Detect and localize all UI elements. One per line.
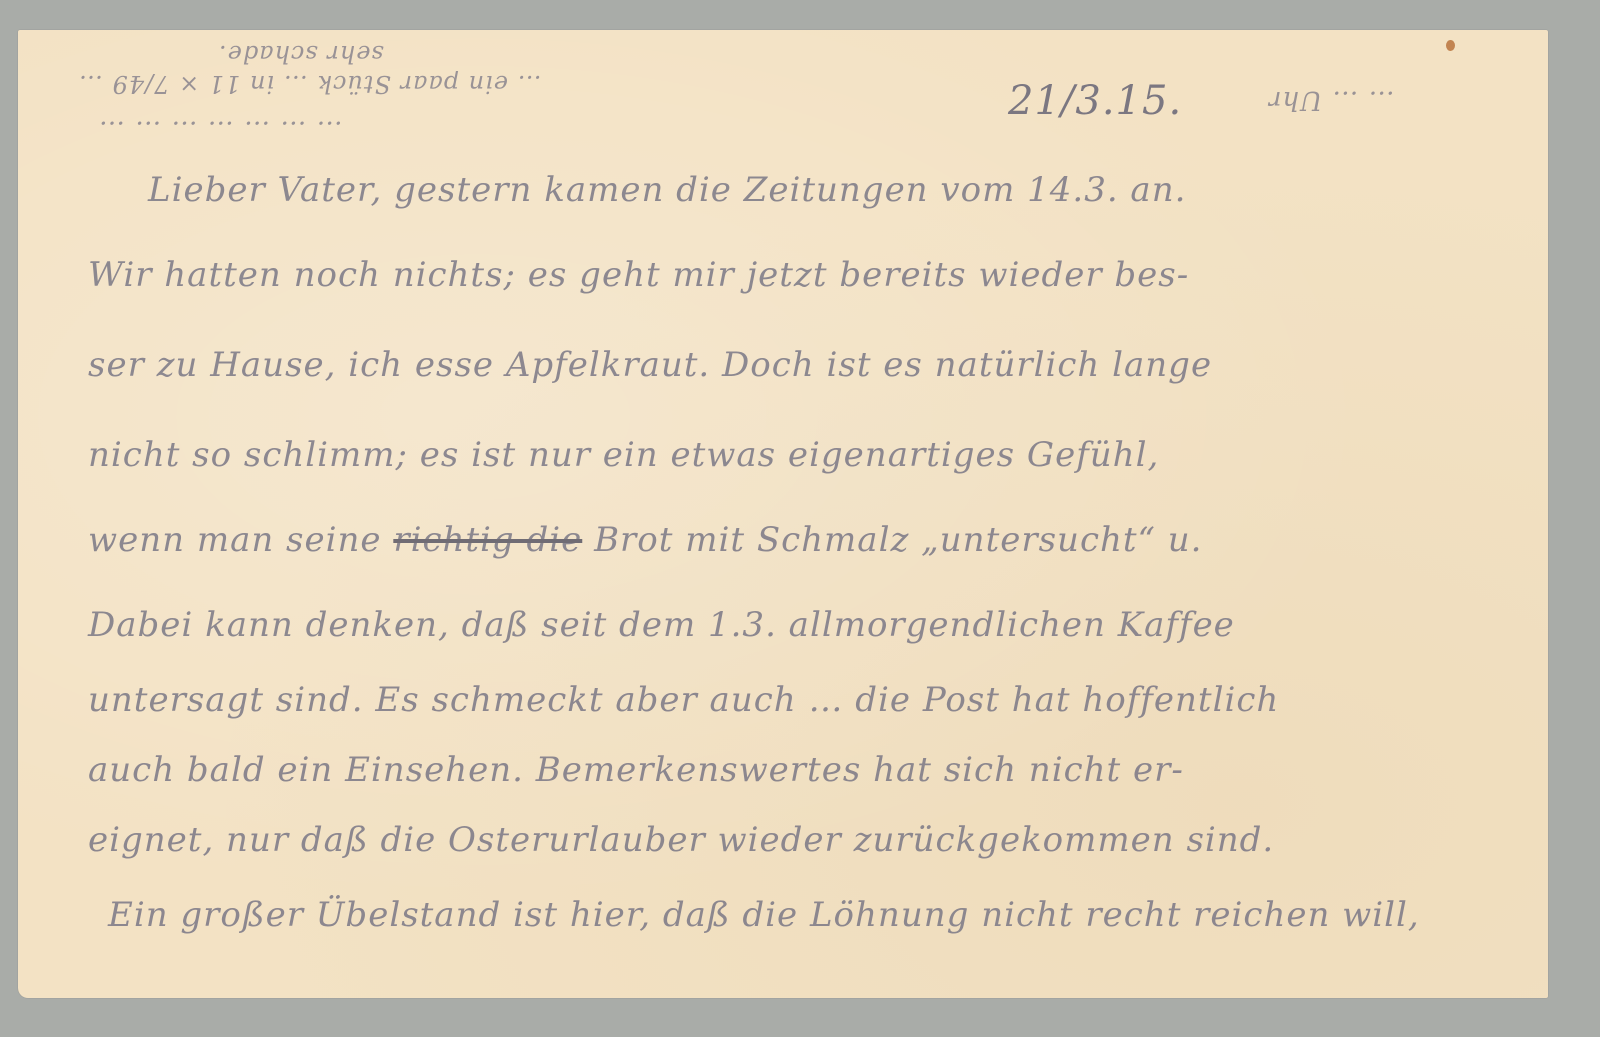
header-line-2: … … … … … … … — [98, 115, 343, 145]
text-line-8: auch bald ein Einsehen. Bemerkenswertes … — [88, 750, 1184, 790]
text-line-3: ser zu Hause, ich esse Apfelkraut. Doch … — [88, 345, 1212, 385]
text-line-9: eignet, nur daß die Osterurlauber wieder… — [88, 820, 1274, 860]
upside-down-line-2: … ein paar Stück … in 11 × 7/49 … — [78, 70, 542, 98]
upside-down-line-1: sehr schade. — [218, 40, 384, 68]
rust-stain — [1446, 40, 1455, 51]
text-line-5-end: Brot mit Schmalz „untersucht“ u. — [594, 520, 1202, 560]
text-line-1: Lieber Vater, gestern kamen die Zeitunge… — [148, 170, 1186, 210]
text-line-5: wenn man seine richtig die Brot mit Schm… — [88, 520, 1202, 560]
header-line-right: … … Uhr — [1268, 85, 1395, 115]
struck-out-word: richtig die — [393, 520, 582, 560]
text-line-6: Dabei kann denken, daß seit dem 1.3. all… — [88, 605, 1235, 645]
text-line-4: nicht so schlimm; es ist nur ein etwas e… — [88, 435, 1159, 475]
date: 21/3.15. — [1008, 78, 1182, 124]
text-line-2: Wir hatten noch nichts; es geht mir jetz… — [88, 255, 1189, 295]
postcard: sehr schade. … ein paar Stück … in 11 × … — [18, 30, 1548, 998]
text-line-5-start: wenn man seine — [88, 520, 393, 560]
text-line-7: untersagt sind. Es schmeckt aber auch … … — [88, 680, 1279, 720]
text-line-10: Ein großer Übelstand ist hier, daß die L… — [108, 895, 1420, 935]
